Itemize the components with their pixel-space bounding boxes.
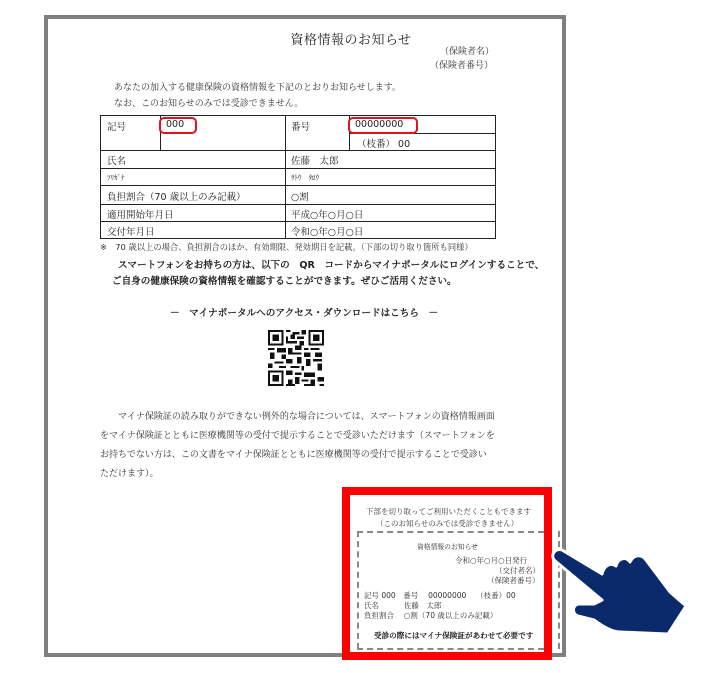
qr-code-icon[interactable] [266, 330, 326, 386]
row-label-start-date: 適用開始年月日 [107, 207, 174, 221]
intro-line-2: なお、このお知らせのみでは受診できません。 [114, 96, 303, 109]
portal-heading: － マイナポータルへのアクセス・ダウンロードはこちら － [170, 305, 438, 319]
row-label-name: 氏名 [107, 153, 126, 167]
exception-line-1: マイナ保険証の読み取りができない例外的な場合については、スマートフォンの資格情報… [118, 409, 495, 422]
insurer-number: （保険者番号） [430, 58, 493, 71]
row-value-furigana: ｻﾄｳ ﾀﾛｳ [291, 173, 319, 183]
row-value-name: 佐藤 太郎 [291, 153, 339, 167]
pointing-hand-icon [550, 540, 690, 650]
row-label-ratio: 負担割合（70 歳以上のみ記載） [107, 189, 246, 203]
cutout-header-line-1: 下部を切り取ってご利用いただくこともできます [366, 506, 531, 517]
smartphone-line-1: スマートフォンをお持ちの方は、以下の QR コードからマイナポータルにログインす… [118, 257, 544, 271]
footnote: ※ 70 歳以上の場合、負担割合のほか、有効期限、発効期日を記載。（下部の切り取… [100, 241, 473, 253]
cut-line-top [357, 531, 544, 533]
exception-line-3: お持ちでない方は、この文書をマイナ保険証とともに医療機関等の受付で提示することで… [100, 447, 487, 460]
intro-line-1: あなたの加入する健康保険の資格情報を下記のとおりお知らせします。 [114, 80, 401, 93]
row-value-start-date: 平成○年○月○日 [291, 207, 363, 221]
cutout-header-line-2: （このお知らせのみでは受診できません） [376, 518, 518, 529]
cutout-ratio-line: 負担割合 ○割（70 歳以上のみ記載） [364, 610, 497, 621]
exception-line-4: ただけます）。 [100, 466, 159, 479]
row-label-issue-date: 交付年月日 [107, 224, 155, 238]
exception-line-2: をマイナ保険証とともに医療機関等の受付で提示することで受診いただけます（スマート… [100, 428, 495, 441]
row-value-issue-date: 令和○年○月○日 [291, 224, 363, 238]
qualification-table: 記号 000 番号 00000000 （枝番） 00 氏名 佐藤 太郎 ﾌﾘｶﾞ… [100, 115, 496, 239]
cut-line-bottom [357, 648, 544, 650]
cutout-insurer-number: （保険者番号） [487, 575, 540, 586]
kigo-highlight [159, 117, 197, 134]
cut-line-left [357, 531, 359, 649]
kigo-label: 記号 [107, 119, 126, 133]
row-label-furigana: ﾌﾘｶﾞﾅ [107, 173, 125, 183]
bango-label: 番号 [291, 119, 310, 133]
insurer-name: （保険者名） [440, 44, 494, 57]
cutout-notice: 受診の際にはマイナ保険証があわせて必要です [374, 630, 533, 641]
smartphone-line-2: ご自身の健康保険の資格情報を確認することができます。ぜひご活用ください。 [112, 273, 457, 287]
row-value-ratio: ○割 [291, 189, 309, 203]
document-title: 資格情報のお知らせ [0, 29, 702, 48]
bango-highlight [348, 117, 418, 134]
cutout-title: 資格情報のお知らせ [417, 541, 478, 551]
edaban-value: （枝番） 00 [357, 136, 410, 150]
